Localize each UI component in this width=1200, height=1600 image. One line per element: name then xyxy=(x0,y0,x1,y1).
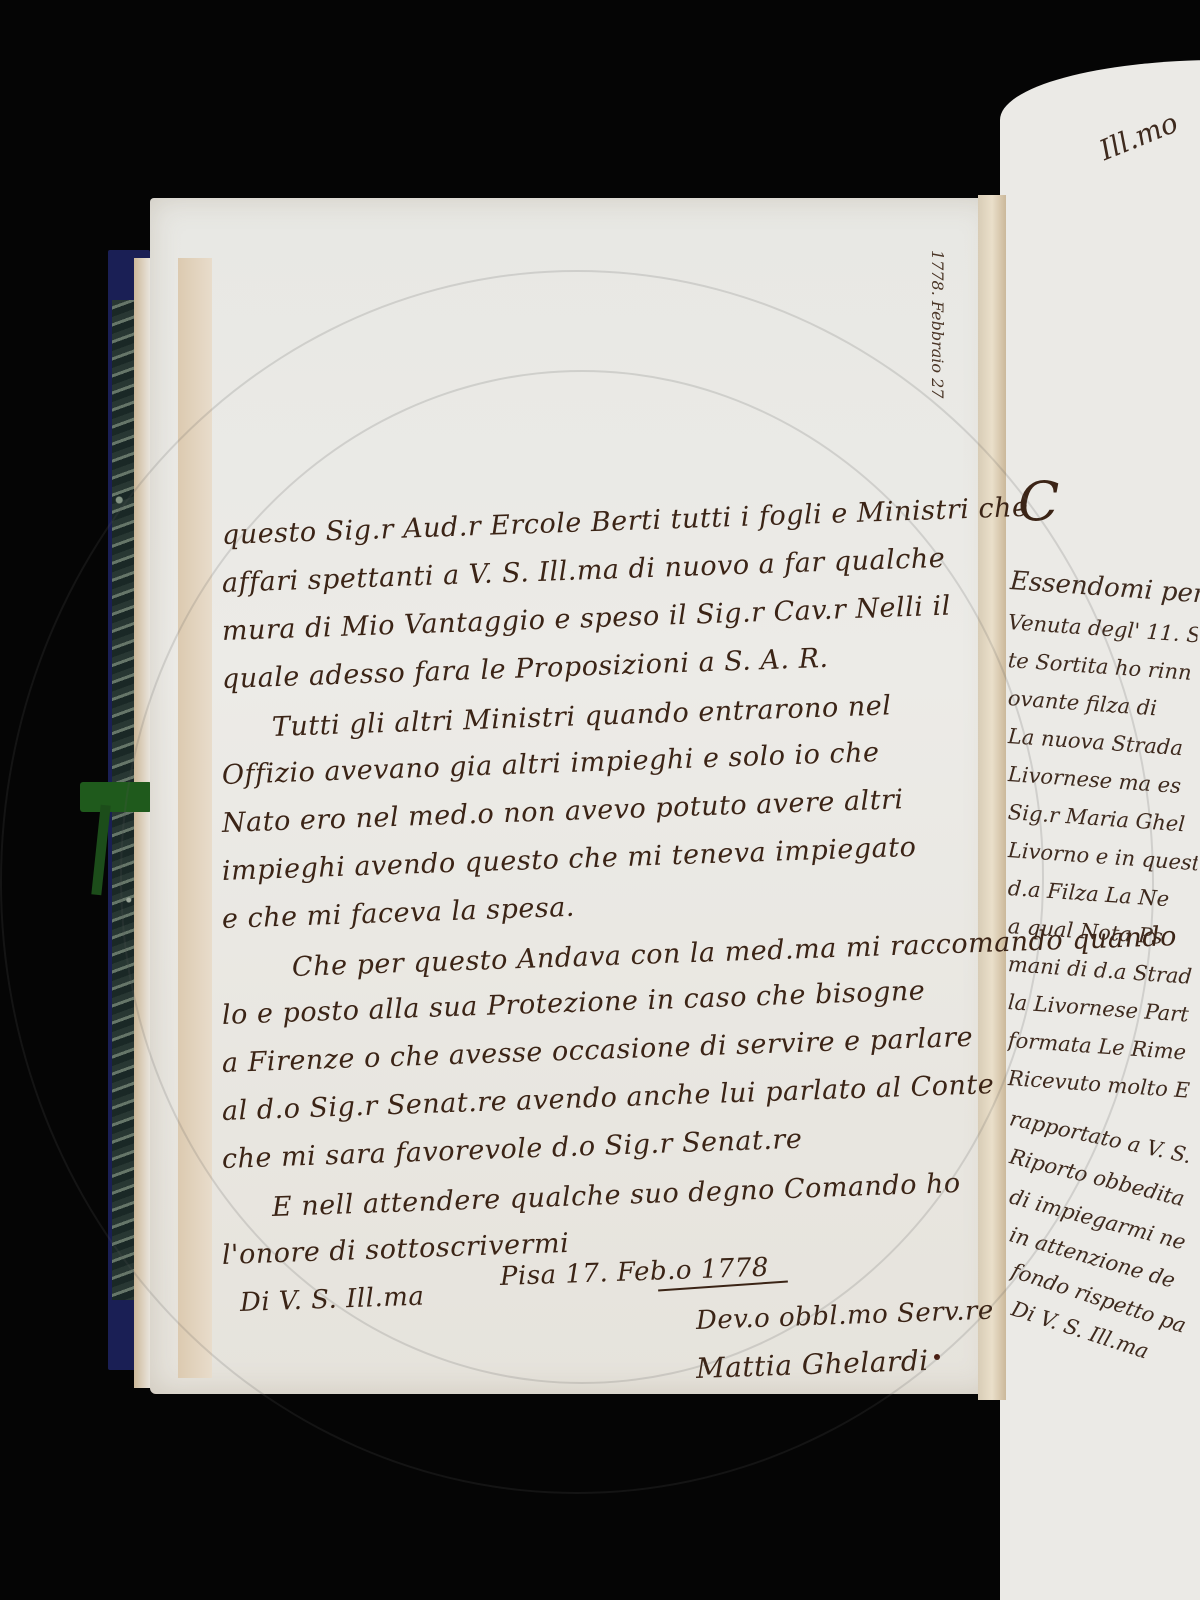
decorated-initial: C xyxy=(1018,470,1060,533)
archival-date-note: 1778. Febbraio 27 xyxy=(928,250,947,398)
closing-salutation: Di V. S. Ill.ma xyxy=(239,1282,424,1318)
ink-blot xyxy=(934,1354,940,1360)
green-ribbon-bookmark xyxy=(80,782,152,812)
book-gutter xyxy=(978,195,1006,1400)
page-edge-strip xyxy=(178,258,212,1378)
